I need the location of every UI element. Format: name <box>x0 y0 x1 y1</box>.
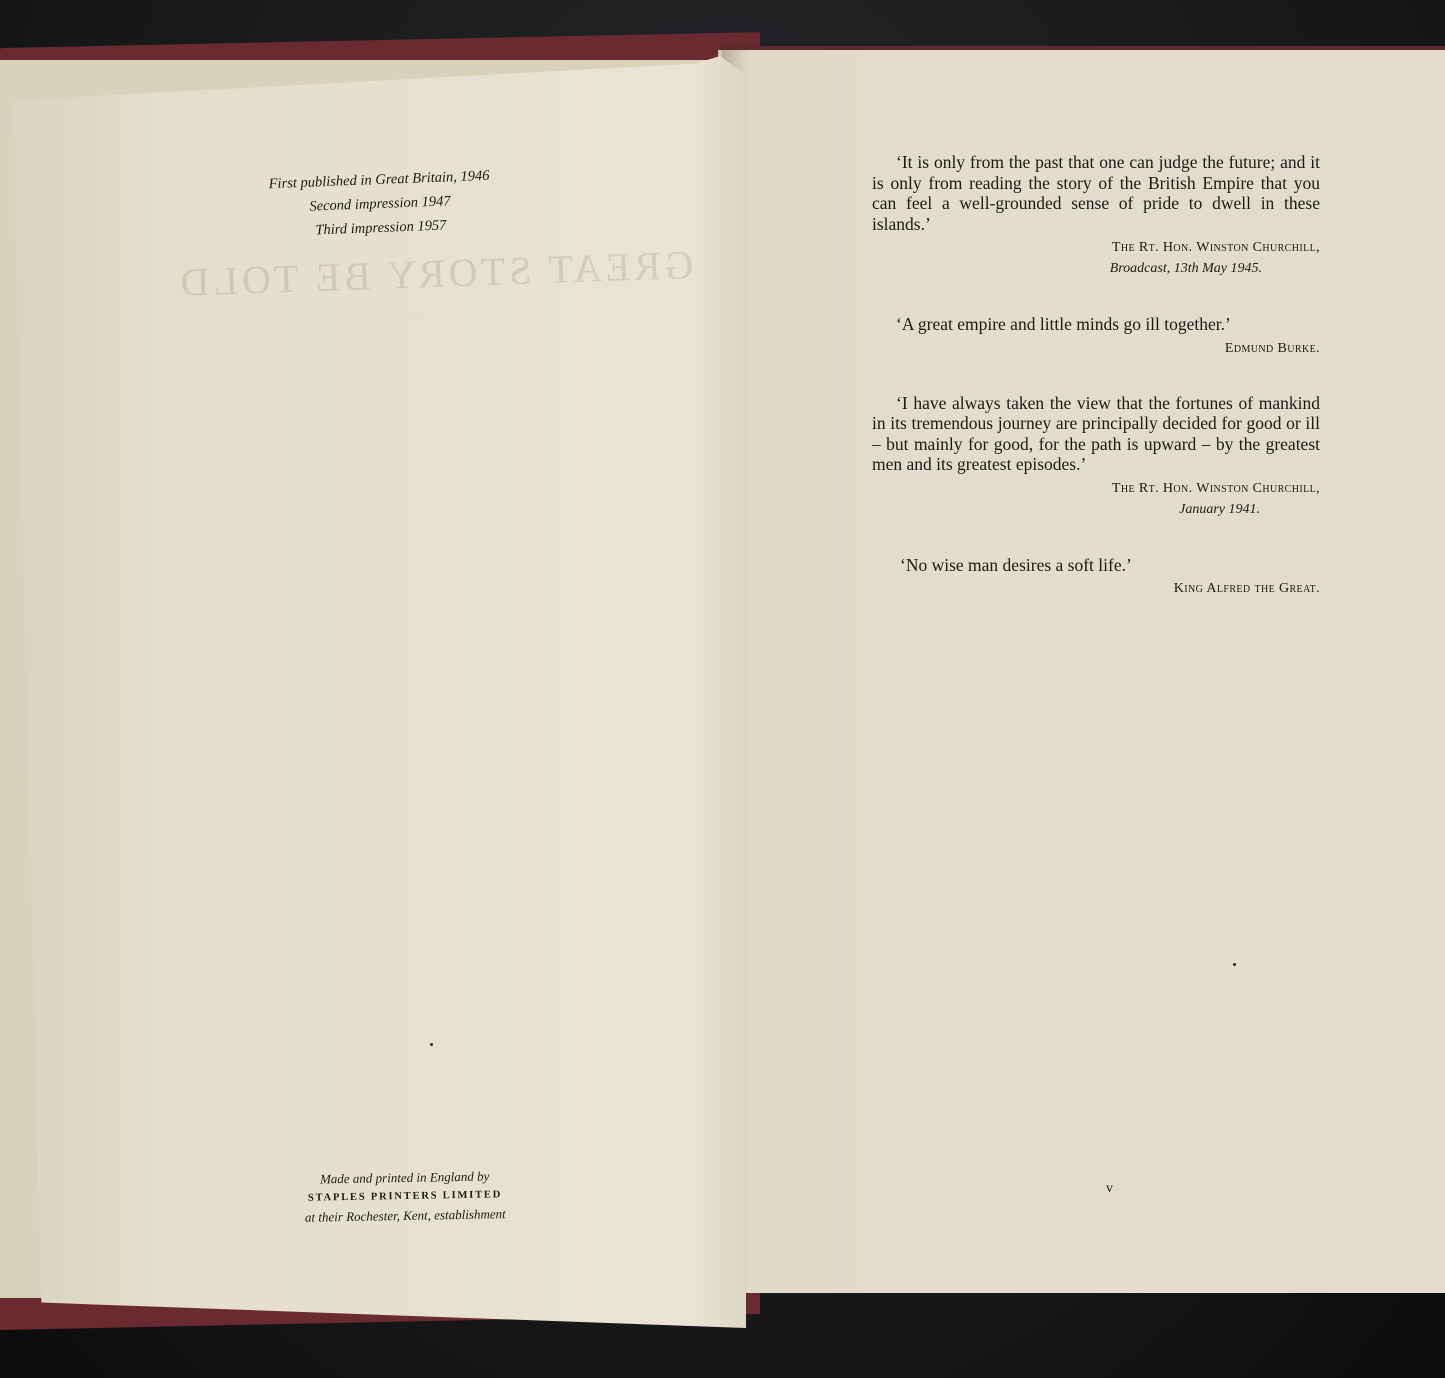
epigraph-alfred: ‘No wise man desires a soft life.’ King … <box>872 555 1320 600</box>
quote-source: Broadcast, 13th May 1945. <box>872 258 1320 280</box>
paper-speck <box>1233 963 1236 966</box>
epigraph-burke: ‘A great empire and little minds go ill … <box>872 314 1320 359</box>
quote-text: ‘A great empire and little minds go ill … <box>872 314 1320 335</box>
quote-attribution: King Alfred the Great. <box>872 579 1320 599</box>
quote-text: ‘I have always taken the view that the f… <box>872 393 1320 475</box>
epigraph-churchill-1945: ‘It is only from the past that one can j… <box>872 152 1320 280</box>
quote-text: ‘It is only from the past that one can j… <box>872 152 1320 234</box>
quote-attribution: The Rt. Hon. Winston Churchill, <box>872 238 1320 258</box>
quote-source: January 1941. <box>872 499 1320 521</box>
imprint-publication-history: First published in Great Britain, 1946 S… <box>239 163 522 246</box>
quote-attribution: The Rt. Hon. Winston Churchill, <box>872 479 1320 499</box>
printer-imprint: Made and printed in England by STAPLES P… <box>265 1166 546 1228</box>
epigraph-list: ‘It is only from the past that one can j… <box>872 152 1320 633</box>
paper-speck <box>430 1043 433 1046</box>
epigraph-churchill-1941: ‘I have always taken the view that the f… <box>872 393 1320 521</box>
quote-text: ‘No wise man desires a soft life.’ <box>872 555 1320 576</box>
page-number: v <box>1106 1181 1113 1197</box>
quote-attribution: Edmund Burke. <box>872 339 1320 359</box>
